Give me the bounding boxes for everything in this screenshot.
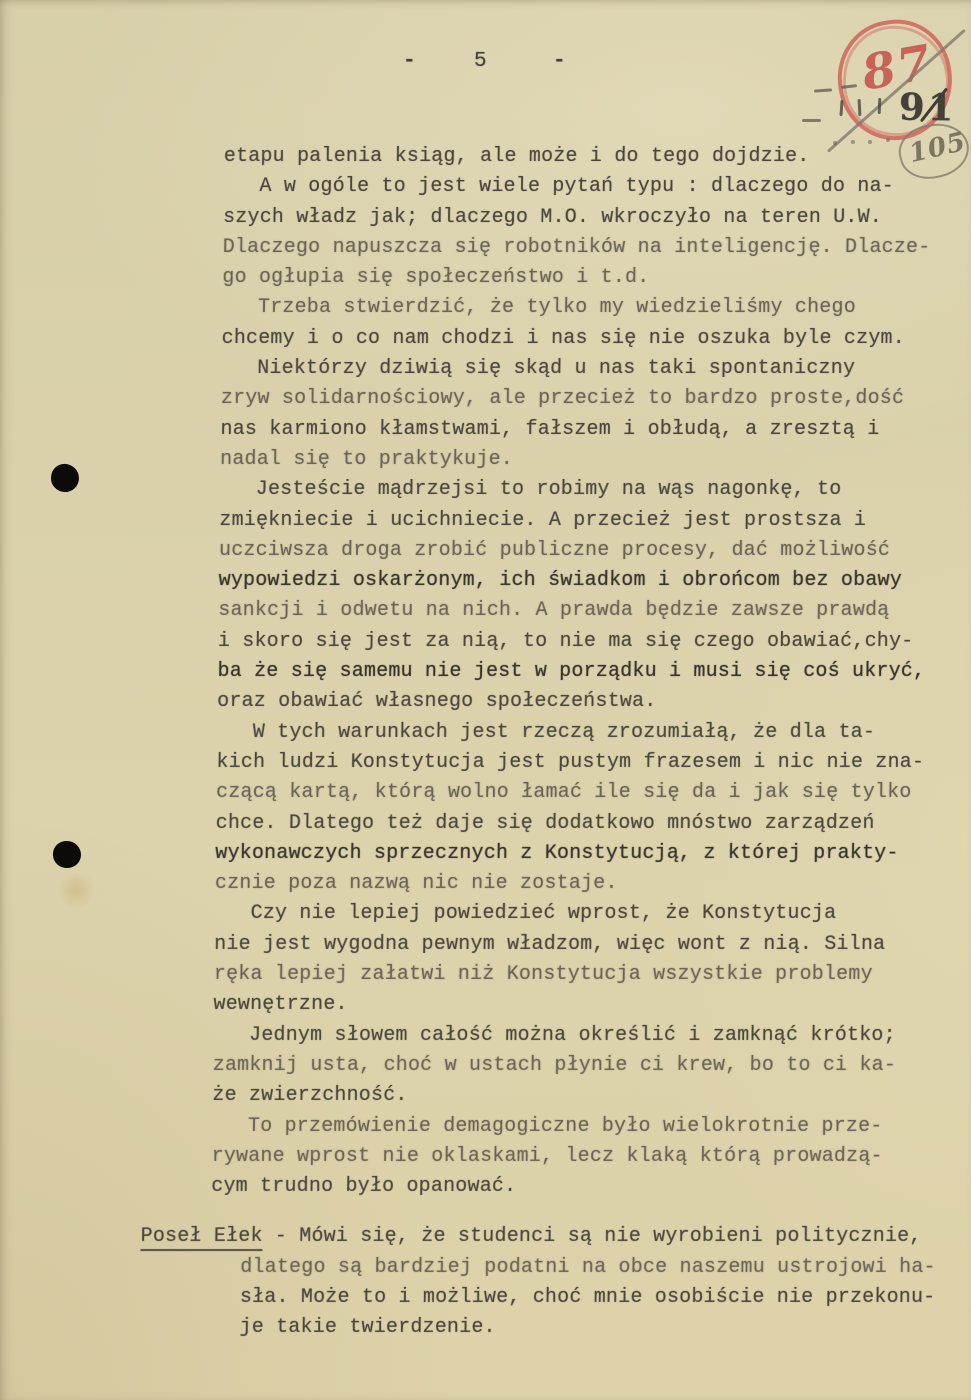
text-line: sła. Może to i możliwe, choć mnie osobiś… xyxy=(210,1283,940,1313)
text-line: Niektórzy dziwią się skąd u nas taki spo… xyxy=(221,354,951,384)
text-line: nas karmiono kłamstwami, fałszem i obłud… xyxy=(220,415,950,445)
punch-hole xyxy=(53,841,81,868)
text-line: Dlaczego napuszcza się robotników na int… xyxy=(223,233,953,263)
text-line: etapu palenia ksiąg, ale może i do tego … xyxy=(224,142,954,172)
paper-stain xyxy=(55,873,97,907)
text-line: sankcji i odwetu na nich. A prawda będzi… xyxy=(218,596,948,626)
text-line: wypowiedzi oskarżonym, ich świadkom i ob… xyxy=(218,566,948,596)
pencil-dash-mark xyxy=(814,88,832,92)
text-line: wewnętrzne. xyxy=(213,990,943,1020)
pencil-tick-mark xyxy=(878,98,882,114)
text-line: chce. Dlatego też daje się dodatkowo mnó… xyxy=(215,809,945,839)
text-line: uczciwsza droga zrobić publiczne procesy… xyxy=(219,536,949,566)
text-line: A w ogóle to jest wiele pytań typu : dla… xyxy=(223,172,953,202)
text-line: chcemy i o co nam chodzi i nas się nie o… xyxy=(221,324,951,354)
text-line: rywane wprost nie oklaskami, lecz klaką … xyxy=(211,1142,941,1172)
text-line: ręka lepiej załatwi niż Konstytucja wszy… xyxy=(214,960,944,990)
text-line: że zwierzchność. xyxy=(212,1081,942,1111)
text-line: W tych warunkach jest rzeczą zrozumiałą,… xyxy=(217,718,947,748)
typewritten-text: etapu palenia ksiąg, ale może i do tego … xyxy=(209,142,954,1344)
text-line: zryw solidarnościowy, ale przecież to ba… xyxy=(221,384,951,414)
speaker-name: Poseł Ełek xyxy=(140,1225,262,1251)
text-line: ba że się samemu nie jest w porządku i m… xyxy=(217,657,947,687)
text-line: Czy nie lepiej powiedzieć wprost, że Kon… xyxy=(214,899,944,929)
pencil-tick-mark xyxy=(839,100,843,116)
scanned-document-page: - 5 - 87 91 105 etapu palenia ksiąg, ale… xyxy=(0,0,971,1400)
text-line: go ogłupia się społeczeństwo i t.d. xyxy=(222,263,952,293)
text-line: kich ludzi Konstytucja jest pustym fraze… xyxy=(216,748,946,778)
text-line: czącą kartą, którą wolno łamać ile się d… xyxy=(216,778,946,808)
text-line: dlatego są bardziej podatni na obce nasz… xyxy=(210,1253,940,1283)
text-line: nadal się to praktykuje. xyxy=(220,445,950,475)
text-line: nie jest wygodna pewnym władzom, więc wo… xyxy=(214,930,944,960)
page-number-stamp: 91 xyxy=(899,85,957,130)
page-number: 5 xyxy=(474,50,487,73)
text-line: zmiękniecie i ucichniecie. A przecież je… xyxy=(219,506,949,536)
text-line: Trzeba stwierdzić, że tylko my wiedzieli… xyxy=(222,293,952,323)
text-line: To przemówienie demagogiczne było wielok… xyxy=(212,1112,942,1142)
text-line: szych władz jak; dlaczego M.O. wkroczyło… xyxy=(223,203,953,233)
text-line: je takie twierdzenie. xyxy=(209,1313,939,1343)
text-line: wykonawczych sprzecznych z Konstytucją, … xyxy=(215,839,945,869)
text-line: cznie poza nazwą nic nie zostaje. xyxy=(215,869,945,899)
header-dash-right: - xyxy=(553,50,566,73)
text-line: Poseł Ełek - Mówi się, że studenci są ni… xyxy=(140,1222,940,1252)
text-line: zamknij usta, choć w ustach płynie ci kr… xyxy=(213,1051,943,1081)
header-dash-left: - xyxy=(403,50,416,73)
text-line: cym trudno było opanować. xyxy=(211,1172,941,1202)
text-line: oraz obawiać własnego społeczeństwa. xyxy=(217,687,947,717)
text-line: i skoro się jest za nią, to nie ma się c… xyxy=(218,627,948,657)
text-line: Jesteście mądrzejsi to robimy na wąs nag… xyxy=(220,475,950,505)
text-line: Jednym słowem całość można określić i za… xyxy=(213,1021,943,1051)
punch-hole xyxy=(48,461,81,494)
pencil-dash-mark xyxy=(802,119,821,122)
